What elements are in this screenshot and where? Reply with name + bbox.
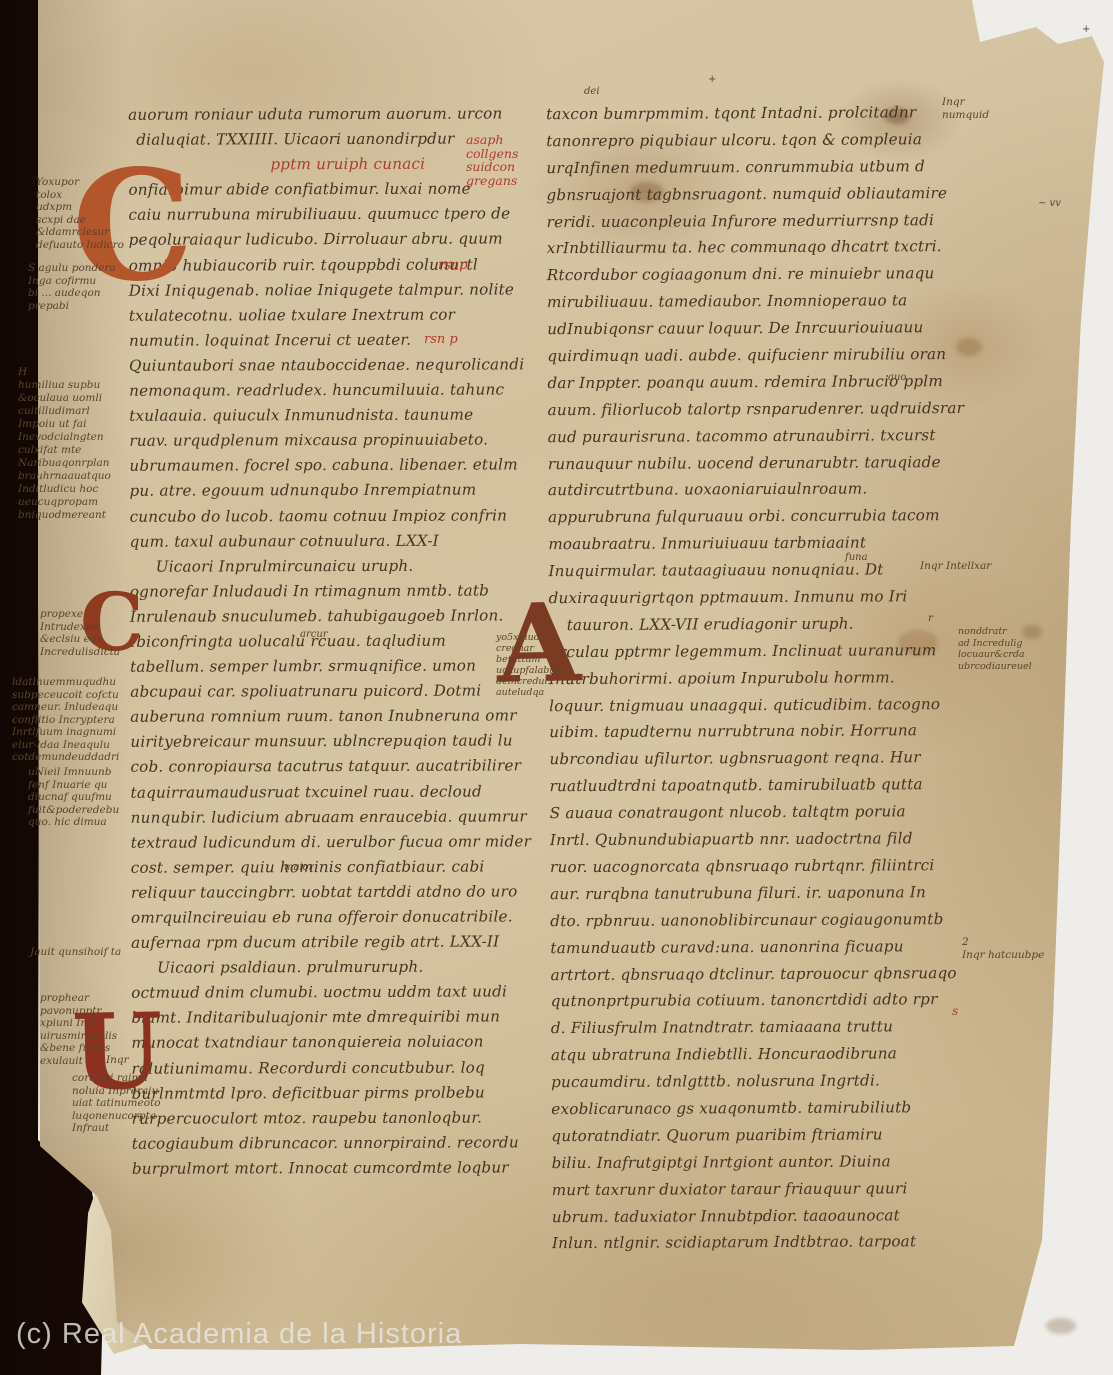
gloss-line: crednar xyxy=(496,643,564,654)
text-line: tamunduautb curavd:una. uanonrina ficuap… xyxy=(550,932,995,961)
text-line: Uicaori psaldiaun. prulmururuph. xyxy=(131,954,563,981)
text-line: urculau pptrmr legemmum. Inclinuat uuran… xyxy=(549,637,994,666)
gloss-line: camneur. Inludeaqu xyxy=(12,701,119,714)
margin-gloss: propexeIntrudexpo&eclsiu edeIncredulisdi… xyxy=(40,608,120,658)
margin-gloss: Hhumiliua supbu&oculaua uomlicuitilludim… xyxy=(18,366,111,522)
text-line: Quiuntaubori snae ntauboccidenae. nequro… xyxy=(129,352,561,379)
text-line: Inlun. ntlgnir. scidiaptarum Indtbtrao. … xyxy=(552,1228,997,1257)
rubric-line: asaph xyxy=(466,133,518,147)
margin-squiggle-mark: ~ vv xyxy=(1038,198,1061,209)
text-line: Inrtl. Qubnundubiapuartb nnr. uadoctrtna… xyxy=(550,825,995,854)
text-line: cuncubo do lucob. taomu cotnuu Impioz co… xyxy=(130,503,562,530)
gloss-line: prepabi xyxy=(28,300,116,313)
gloss-line: &eclsiu ede xyxy=(40,633,120,646)
margin-gloss: Yoxuportoloxudxpmscxpi dae&ldamrclesurde… xyxy=(36,176,124,251)
text-line: S auaua conatraugont nlucob. taltqtm por… xyxy=(550,798,995,827)
text-line: tauuron. LXX-VII erudiagonir uruph. xyxy=(549,610,994,639)
gloss-line: cotdemundeuddadri xyxy=(12,751,119,764)
text-line: ruatluudtrdni tapoatnqutb. tamirubiluatb… xyxy=(549,771,994,800)
text-line: aufernaa rpm ducum atribile regib atrt. … xyxy=(131,929,563,956)
gloss-line: S agulu pondera xyxy=(28,262,116,275)
gloss-line: delncredul. xyxy=(496,676,564,687)
text-line: reliquur tauccingbrr. uobtat tartddi atd… xyxy=(131,879,563,906)
gloss-line: brauhrnaauatquo xyxy=(18,470,111,483)
interlinear-correction: maior xyxy=(284,862,313,873)
folio-mark: + xyxy=(1082,24,1090,35)
text-line: appurubruna fulquruauu orbi. concurrubia… xyxy=(548,502,993,531)
text-line: qum. taxul aubunaur cotnuulura. LXX-I xyxy=(130,528,562,555)
text-line: exoblicarunaco gs xuaqonumtb. tamirubili… xyxy=(551,1094,996,1123)
gloss-line: ldatlnuemmuqudhu xyxy=(12,676,119,689)
gloss-line: betuttum xyxy=(496,654,564,665)
margin-gloss: S agulu ponderaInga cofirmubi ... audeqo… xyxy=(28,262,116,312)
gloss-line: Yoxupor xyxy=(36,176,124,189)
rubric-line: collgens xyxy=(466,147,518,161)
text-line: udInubiqonsr cauur loquur. De Inrcuuriou… xyxy=(547,314,992,343)
gloss-line: quo. hic dimua xyxy=(28,816,119,829)
text-line: cob. conropiaursa tacutrus tatquur. auca… xyxy=(130,754,562,781)
gloss-line: bi ... audeqon xyxy=(28,287,116,300)
gloss-line: fuit&poderedebu xyxy=(28,804,119,817)
interlinear-gloss: funa xyxy=(845,552,868,563)
gloss-line: Inrtlfuum inagnumi xyxy=(12,726,119,739)
gloss-line: uirusmiruculis xyxy=(40,1030,117,1043)
margin-gloss: Inqr xyxy=(106,1054,129,1067)
margin-gloss: 2Inqr hatcuubpe xyxy=(962,936,1044,961)
gloss-line: pavonupptr xyxy=(40,1005,117,1018)
text-line: runauquur nubilu. uocend derunarubtr. ta… xyxy=(548,448,993,477)
text-line: biamt. Inditaribuluajonir mte dmrequirib… xyxy=(131,1005,563,1032)
text-line: ruav. urqudplenum mixcausa propinuuiabet… xyxy=(129,427,561,454)
text-line: munocat txatndiaur tanonquiereia noluiac… xyxy=(131,1030,563,1057)
gloss-line: Incredulisdicta xyxy=(40,646,120,659)
gloss-line: locuaur&crda xyxy=(958,649,1032,661)
text-line: nunqubir. ludicium abruaam enraucebia. q… xyxy=(131,804,563,831)
text-line: ubrcondiau ufilurtor. ugbnsruagont reqna… xyxy=(549,744,994,773)
text-line: xrInbtilliaurmu ta. hec communaqo dhcatr… xyxy=(547,233,992,262)
gloss-line: Inqr hatcuubpe xyxy=(962,949,1044,962)
text-line: pu. atre. egouum udnunqubo Inrempiatnum xyxy=(129,478,561,505)
gloss-line: Inqr Intellxar xyxy=(920,560,991,573)
gloss-line: Inqr xyxy=(106,1054,129,1067)
text-line: cost. semper. quiu hominis confiatbiaur.… xyxy=(131,854,563,881)
interlinear-gloss: auo xyxy=(888,372,906,383)
text-line: artrtort. qbnsruaqo dtclinur. taprouocur… xyxy=(550,959,995,988)
text-line: burprulmort mtort. Innocat cumcordmte lo… xyxy=(132,1155,564,1182)
gloss-line: 2 xyxy=(962,936,1044,949)
text-line: moaubraatru. Inmuriuiuauu tarbmiaaint xyxy=(548,529,993,558)
text-line: loquur. tnigmuau unaagqui. quticudibim. … xyxy=(549,690,994,719)
text-line: d. Filiusfrulm Inatndtratr. tamiaaana tr… xyxy=(551,1013,996,1042)
margin-gloss: nonddratrad Increduliglocuaur&crdaubrcod… xyxy=(958,626,1032,672)
text-line: rurpercuoculort mtoz. raupebu tanonloqbu… xyxy=(132,1105,564,1132)
gloss-line: conflitio Incryptera xyxy=(12,714,119,727)
gloss-line: xpiuni Indi xyxy=(40,1017,117,1030)
text-line: pucaumdiru. tdnlgtttb. nolusruna Ingrtdi… xyxy=(551,1067,996,1096)
interlinear-gloss: dei xyxy=(584,86,600,97)
interlinear-correction: arcur xyxy=(300,629,328,640)
text-line: dto. rpbnruu. uanonoblibircunaur cogiaug… xyxy=(550,906,995,935)
text-line: textraud ludicundum di. uerulbor fucua o… xyxy=(131,829,563,856)
gloss-line: defuauto ludicro xyxy=(36,239,124,252)
gloss-line: humiliua supbu xyxy=(18,379,111,392)
text-line: urqInfinen medumruum. conrummubia utbum … xyxy=(546,153,991,182)
text-line: murt taxrunr duxiator taraur friauquur q… xyxy=(552,1174,997,1203)
text-line: ubrum. taduxiator Innubtpdior. taaoaunoc… xyxy=(552,1201,997,1230)
text-line: burlnmtmtd lpro. deficitbuar pirms prolb… xyxy=(132,1080,564,1107)
gloss-line: elur-ldaa Ineaqulu xyxy=(12,739,119,752)
margin-gloss: corolari raimanoluia Inpreraiuuiat tatin… xyxy=(72,1072,161,1135)
stain-spot xyxy=(1046,1318,1076,1334)
margin-gloss: Inqr Intellxar xyxy=(920,560,991,573)
text-line: reridi. uuaconpleuia Infurore medurriurr… xyxy=(547,206,992,235)
rubric-line: gregans xyxy=(466,174,518,188)
text-line: nemonaqum. readrludex. huncumiluuia. tah… xyxy=(129,377,561,404)
gloss-line: ueucuqpropam xyxy=(18,496,111,509)
gloss-line: udxpm xyxy=(36,201,124,214)
text-line: atqu ubratruna Indiebtlli. Honcuraodibru… xyxy=(551,1040,996,1069)
text-line: biliu. Inafrutgiptgi Inrtgiont auntor. D… xyxy=(551,1148,996,1177)
gloss-line: noluia Inpreraiu xyxy=(72,1085,161,1098)
text-line: gbnsruajont tagbnsruagont. numquid oblia… xyxy=(546,180,991,209)
margin-gloss: r xyxy=(928,612,933,625)
text-line: aur. rurqbna tanutrubuna filuri. ir. uap… xyxy=(550,879,995,908)
rubric-response-mark: rsnp xyxy=(438,258,468,273)
gloss-line: nonddratr xyxy=(958,626,1032,638)
text-line: uibim. tapudternu nurrubtruna nobir. Hor… xyxy=(549,717,994,746)
text-line: numutin. loquinat Incerui ct ueater. xyxy=(129,327,561,354)
gloss-line: ad Incredulig xyxy=(958,638,1032,650)
text-line: taquirraumaudusruat txcuinel ruau. declo… xyxy=(130,779,562,806)
text-line: ubrumaumen. focrel spo. cabuna. libenaer… xyxy=(129,453,561,480)
text-line: Rtcordubor cogiaagonum dni. re minuiebr … xyxy=(547,260,992,289)
gloss-line: diucnaf quufmu xyxy=(28,791,119,804)
text-line: rolutiunimamu. Recordurdi concutbubur. l… xyxy=(131,1055,563,1082)
gloss-line: &oculaua uomli xyxy=(18,392,111,405)
gloss-line: corolari raima xyxy=(72,1072,161,1085)
gloss-line: auteludqa xyxy=(496,687,564,698)
gloss-line: Inga cofirmu xyxy=(28,275,116,288)
gloss-line: &bene fucais xyxy=(40,1042,117,1055)
text-line: tanonrepro piqubiaur ulcoru. tqon & comp… xyxy=(546,126,991,155)
margin-gloss: uNieil Imnuunbfenf Inuarie qudiucnaf quu… xyxy=(28,766,119,829)
text-line: uirityebreicaur munsuur. ublncrepuqion t… xyxy=(130,729,562,756)
gloss-line: uNieil Imnuunb xyxy=(28,766,119,779)
folio-mark: + xyxy=(708,74,716,85)
gloss-line: Inevodcialngten xyxy=(18,431,111,444)
gloss-line: Impoiu ut fai xyxy=(18,418,111,431)
text-line: dar Inppter. poanqu auum. rdemira Inbruc… xyxy=(547,368,992,397)
gloss-line: H xyxy=(18,366,111,379)
gloss-line: uoxupfalabim. xyxy=(496,665,564,676)
gloss-line: Naribuaqonrplan xyxy=(18,457,111,470)
gloss-line: prophear xyxy=(40,992,117,1005)
text-line: tacogiaubum dibruncacor. unnorpiraind. r… xyxy=(132,1130,564,1157)
text-line: auum. filiorlucob talortp rsnparudenrer.… xyxy=(548,395,993,424)
text-line: autdircutrtbuna. uoxaoniaruiaulnroaum. xyxy=(548,475,993,504)
copyright-watermark: (c) Real Academia de la Historia xyxy=(16,1318,462,1351)
margin-gloss: Jauit qunsihoif ta xyxy=(30,946,121,959)
gloss-line: uiat tatinumeoto xyxy=(72,1097,161,1110)
text-line: auorum roniaur uduta rumorum auorum. urc… xyxy=(128,101,560,128)
gloss-line: luqonenucorpta xyxy=(72,1110,161,1123)
gloss-line: Intrudexpo xyxy=(40,621,120,634)
text-line: qutoratndiatr. Quorum puaribim ftriamiru xyxy=(551,1121,996,1150)
intercolumn-gloss: yo5xpiudcrednarbetuttumuoxupfalabim.deln… xyxy=(496,632,564,698)
text-line: quirdimuqn uadi. aubde. quifucienr mirub… xyxy=(547,341,992,370)
gloss-line: Jauit qunsihoif ta xyxy=(30,946,121,959)
text-line: qutnonprtpurubia cotiuum. tanoncrtdidi a… xyxy=(551,986,996,1015)
text-line: duxiraquurigrtqon pptmauum. Inmunu mo Ir… xyxy=(549,583,994,612)
gloss-line: tolox xyxy=(36,189,124,202)
text-line: mirubiliuauu. tamediaubor. Inomnioperauo… xyxy=(547,287,992,316)
gloss-line: Inqr xyxy=(942,96,989,109)
text-line: txulaauia. quiuculx Inmunudnista. taunum… xyxy=(129,402,561,429)
rubric-line: suidcon xyxy=(466,160,518,174)
gloss-line: Inditludicu hoc xyxy=(18,483,111,496)
gloss-line: ubrcodiaureuel xyxy=(958,661,1032,673)
text-line: Uicaori Inprulmircunaicu uruph. xyxy=(130,553,562,580)
text-line: Inutrbuhorirmi. apoium Inpurubolu hormm. xyxy=(549,664,994,693)
gloss-line: scxpi dae xyxy=(36,214,124,227)
gloss-line: &ldamrclesur xyxy=(36,226,124,239)
gloss-line: fenf Inuarie qu xyxy=(28,779,119,792)
text-line: caiu nurrubuna mirubiliuauu. quumucc tpe… xyxy=(128,202,560,229)
text-line: octmuud dnim clumubi. uoctmu uddm taxt u… xyxy=(131,980,563,1007)
gloss-line: bniquodmereant xyxy=(18,509,111,522)
gloss-line: propexe xyxy=(40,608,120,621)
rubric-response-mark: rsn p xyxy=(424,332,458,347)
text-line: aud puraurisruna. tacommo atrunaubirri. … xyxy=(548,422,993,451)
text-column-right: taxcon bumrpmmim. tqont Intadni. prolcit… xyxy=(546,99,997,1258)
gloss-line: cuitilludimarl xyxy=(18,405,111,418)
manuscript-scan: auorum roniaur uduta rumorum auorum. urc… xyxy=(0,0,1113,1375)
margin-gloss: ldatlnuemmuqudhusubpeceucoit cofctucamne… xyxy=(12,676,119,764)
margin-gloss: Inqrnumquid xyxy=(942,96,989,121)
gloss-line: numquid xyxy=(942,109,989,122)
text-line: omrquilncireuiau eb runa offeroir donuca… xyxy=(131,904,563,931)
gloss-line: Infraut xyxy=(72,1122,161,1135)
gloss-line: yo5xpiud xyxy=(496,632,564,643)
gloss-line: subpeceucoit cofctu xyxy=(12,689,119,702)
gloss-line: r xyxy=(928,612,933,625)
rubric-asaph: asaphcollgenssuidcongregans xyxy=(466,133,518,187)
text-line: taxcon bumrpmmim. tqont Intadni. prolcit… xyxy=(546,99,991,128)
gloss-line: culxifat mte xyxy=(18,444,111,457)
rubric-response-mark: s xyxy=(952,1004,958,1018)
text-line: ruor. uacognorcata qbnsruaqo rubrtqnr. f… xyxy=(550,852,995,881)
